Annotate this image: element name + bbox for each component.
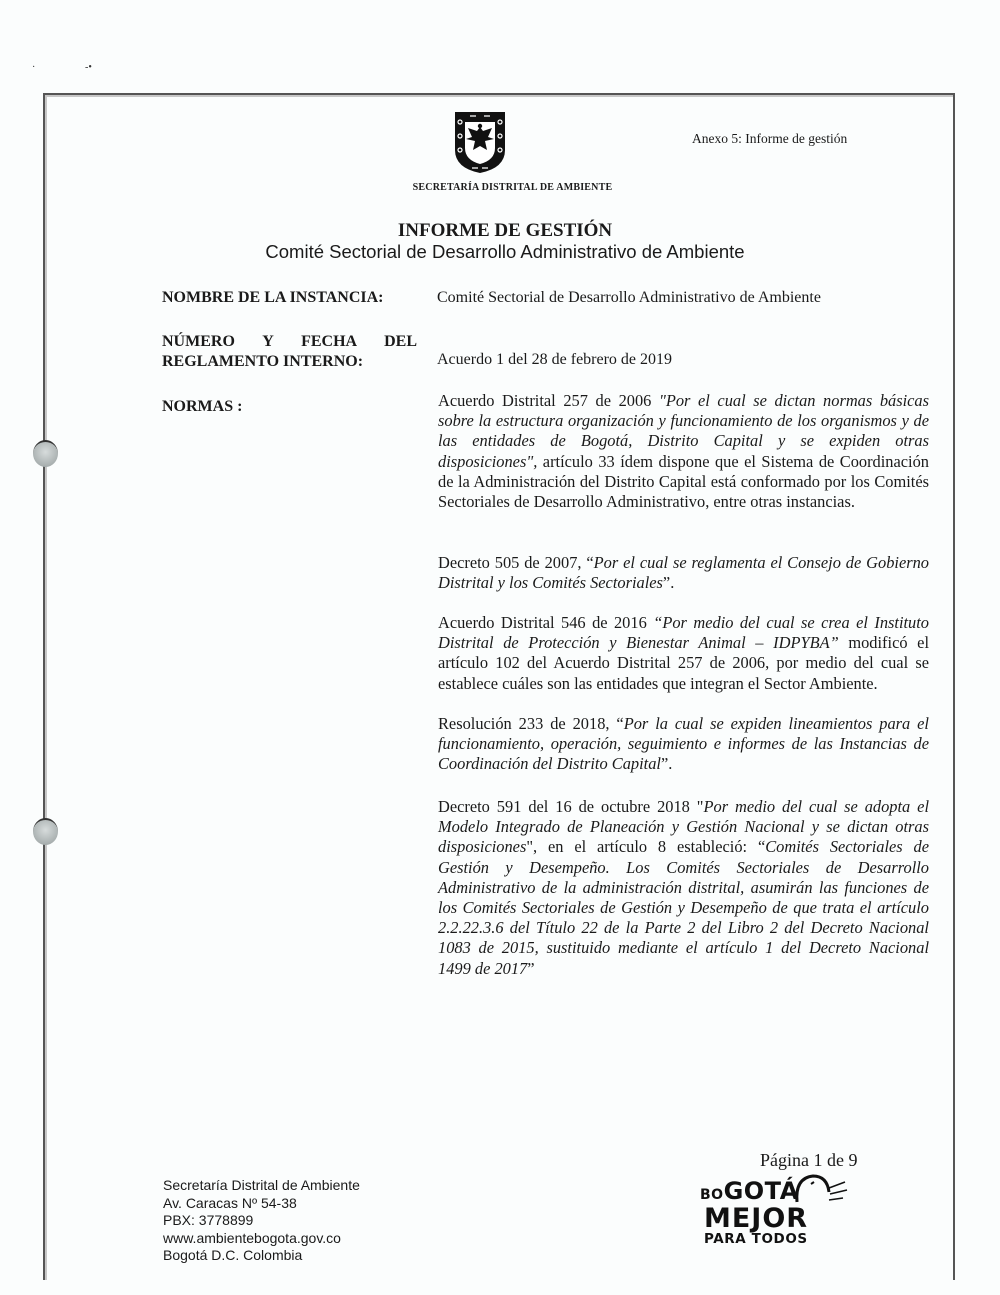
norm-description: ” (527, 959, 534, 978)
agency-name: SECRETARÍA DISTRITAL DE AMBIENTE (400, 182, 625, 193)
norm-paragraph: Acuerdo Distrital 257 de 2006 "Por el cu… (438, 391, 929, 512)
bogota-coat-of-arms-icon (452, 110, 508, 174)
norm-description: ”. (661, 754, 672, 773)
footer-address: Secretaría Distrital de Ambiente Av. Car… (163, 1177, 360, 1265)
norm-description: ", en el artículo 8 estableció: “ (526, 837, 765, 856)
footer-city: Bogotá D.C. Colombia (163, 1247, 360, 1265)
regulation-value: Acuerdo 1 del 28 de febrero de 2019 (437, 350, 672, 370)
bogota-mejor-para-todos-logo: BOGOTÁ MEJOR PARA TODOS (700, 1180, 840, 1247)
footer-website: www.ambientebogota.gov.co (163, 1230, 360, 1248)
norm-citation: Acuerdo Distrital 546 de 2016 (438, 613, 653, 632)
regulation-label-line2: REGLAMENTO INTERNO: (162, 352, 363, 372)
document-subtitle: Comité Sectorial de Desarrollo Administr… (0, 241, 1000, 263)
regulation-label-line1: NÚMERO Y FECHA DEL (162, 332, 417, 352)
norm-paragraph: Decreto 505 de 2007, “Por el cual se reg… (438, 553, 929, 593)
instance-name-label: NOMBRE DE LA INSTANCIA: (162, 288, 384, 308)
norm-citation: Acuerdo Distrital 257 de 2006 (438, 391, 659, 410)
brand-text: MEJOR (704, 1206, 840, 1232)
document-title: INFORME DE GESTIÓN (0, 220, 1000, 242)
brand-text: BO (700, 1187, 724, 1203)
footer-street: Av. Caracas Nº 54-38 (163, 1195, 360, 1213)
punch-hole-top (33, 440, 58, 467)
norm-citation: Decreto 505 de 2007, “ (438, 553, 594, 572)
annex-label: Anexo 5: Informe de gestión (692, 131, 847, 147)
footer-phone: PBX: 3778899 (163, 1212, 360, 1230)
footer-agency: Secretaría Distrital de Ambiente (163, 1177, 360, 1195)
punch-hole-bottom (33, 818, 58, 845)
norm-paragraph: Decreto 591 del 16 de octubre 2018 "Por … (438, 797, 929, 979)
norm-paragraph: Acuerdo Distrital 546 de 2016 “Por medio… (438, 613, 929, 694)
instance-name-value: Comité Sectorial de Desarrollo Administr… (437, 288, 821, 308)
brand-text: PARA TODOS (704, 1232, 840, 1247)
norm-paragraph: Resolución 233 de 2018, “Por la cual se … (438, 714, 929, 775)
norm-quote: Comités Sectoriales de Gestión y Desempe… (438, 837, 929, 977)
norms-label: NORMAS : (162, 397, 242, 417)
brand-text: GOTÁ (724, 1177, 799, 1205)
norm-citation: Resolución 233 de 2018, “ (438, 714, 624, 733)
norm-citation: Decreto 591 del 16 de octubre 2018 " (438, 797, 704, 816)
norm-description: ”. (663, 573, 674, 592)
